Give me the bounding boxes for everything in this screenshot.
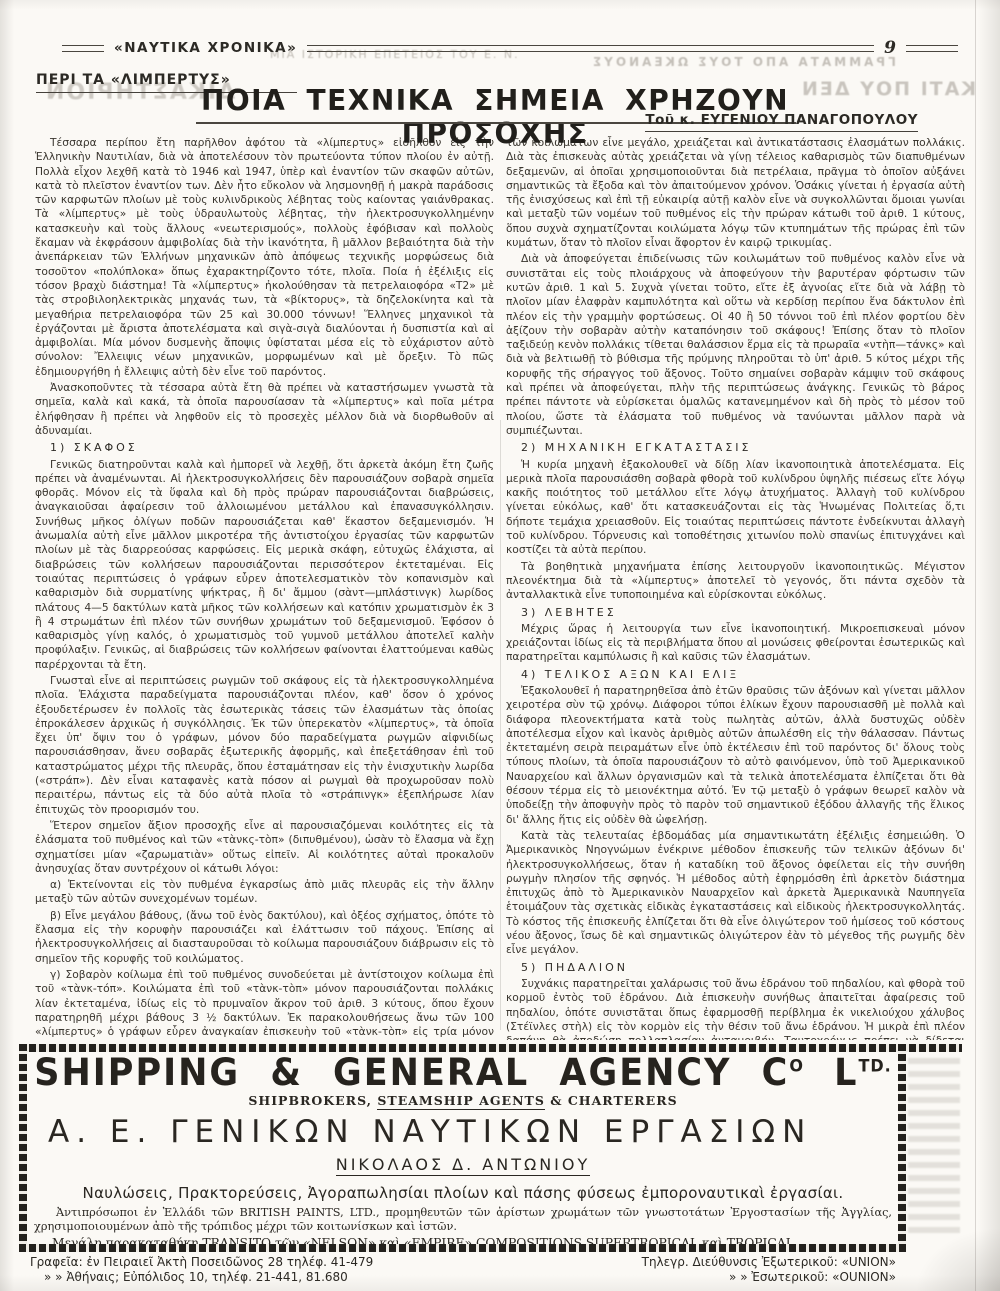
page-number: 9 [884, 38, 896, 58]
article-paragraph: Ἕτερον σημεῖον ἄξιον προσοχῆς εἶνε αἱ πα… [35, 819, 494, 876]
ad-border-top [19, 1044, 962, 1052]
header-rule-left [62, 45, 104, 52]
article-paragraph: Τέσσαρα περίπου ἔτη παρῆλθον ἀφότου τὰ «… [35, 136, 494, 379]
header-rule-middle [307, 45, 874, 52]
article-paragraph: Συχνάκις παρατηρεῖται χαλάρωσις τοῦ ἄνω … [506, 977, 965, 1040]
article-paragraph: Τὰ βοηθητικὰ μηχανήματα ἐπίσης λειτουργο… [506, 560, 965, 603]
ad-border-left [19, 1044, 27, 1252]
ad-border-right [898, 1044, 906, 1252]
article-paragraph: Γνωσταὶ εἶνε αἱ περιπτώσεις ρωγμῶν τοῦ σ… [35, 674, 494, 817]
ad-office-athens: » » Ἀθήναις; Εὐπόλιδος 10, τηλέφ. 21-441… [30, 1270, 373, 1285]
ad-tagline: SHIPBROKERS, STEAMSHIP AGENTS & CHARTERE… [30, 1093, 896, 1108]
right-column-text: τῶν κοιλωμάτων εἶνε μεγάλο, χρειάζεται κ… [506, 136, 965, 1040]
section-heading: 1) ΣΚΑΦΟΣ [35, 441, 494, 455]
ad-services-line: Ναυλώσεις, Πρακτορεύσεις, Ἀγοραπωλησίαι … [30, 1184, 896, 1202]
article-paragraph: Ἀνασκοποῦντες τὰ τέσσαρα αὐτὰ ἔτη θὰ πρέ… [35, 381, 494, 438]
ad-company-name-gr: Α. Ε. ΓΕΝΙΚΩΝ ΝΑΥΤΙΚΩΝ ΕΡΓΑΣΙΩΝ [30, 1117, 896, 1148]
article-paragraph: β) Εἶνε μεγάλου βάθους, (ἄνω τοῦ ἑνὸς δα… [35, 909, 494, 966]
right-column: τῶν κοιλωμάτων εἶνε μεγάλο, χρειάζεται κ… [506, 136, 965, 1040]
article-byline: Τοῦ κ. ΕΥΓΕΝΙΟΥ ΠΑΝΑΓΟΠΟΥΛΟΥ [645, 112, 918, 132]
ad-company-name-en: SHIPPING & GENERAL AGENCY CO LTD. [30, 1055, 896, 1093]
article-body: Τέσσαρα περίπου ἔτη παρῆλθον ἀφότου τὰ «… [35, 136, 965, 1040]
article-paragraph: α) Ἐκτείνονται εἰς τὸν πυθμένα ἐγκαρσίως… [35, 878, 494, 907]
article-paragraph: Κατὰ τὰς τελευταίας ἑβδομάδας μία σημαντ… [506, 829, 965, 958]
article-paragraph: Ἐξακολουθεῖ ἡ παρατηρηθεῖσα ἀπὸ ἐτῶν θρα… [506, 684, 965, 827]
ad-cable-foreign: Τηλεγρ. Διεύθυνσις Ἐξωτερικοῦ: «UNION» [642, 1255, 896, 1270]
section-heading: 3) ΛΕΒΗΤΕΣ [506, 606, 965, 620]
ad-agents-note: Ἀντιπρόσωποι ἐν Ἑλλάδι τῶν BRITISH PAINT… [34, 1206, 892, 1233]
scanned-page: «ΝΑΥΤΙΚΑ ΧΡΟΝΙΚΑ» 9 ΜΙΑ ΙΣΤΟΡΙΚΗ ΕΠΕΤΕΙΟ… [0, 0, 1000, 1291]
left-column: Τέσσαρα περίπου ἔτη παρῆλθον ἀφότου τὰ «… [35, 136, 494, 1040]
article-paragraph: Γενικῶς διατηροῦνται καλὰ καὶ ἠμπορεῖ νὰ… [35, 458, 494, 672]
section-heading: 5) ΠΗΔΑΛΙΟΝ [506, 961, 965, 975]
ad-border-bottom [19, 1244, 906, 1252]
section-heading: 2) ΜΗΧΑΝΙΚΗ ΕΓΚΑΤΑΣΤΑΣΙΣ [506, 441, 965, 455]
bleedthrough-texture [908, 1058, 960, 1238]
article-paragraph: Μέχρις ὥρας ἡ λειτουργία των εἶνε ἱκανοπ… [506, 622, 965, 665]
article-paragraph: Διὰ νὰ ἀποφεύγεται ἐπιδείνωσις τῶν κοιλω… [506, 252, 965, 438]
ad-cables: Τηλεγρ. Διεύθυνσις Ἐξωτερικοῦ: «UNION» »… [642, 1255, 896, 1285]
article-paragraph: γ) Σοβαρὸν κοίλωμα ἐπὶ τοῦ πυθμένος συνο… [35, 968, 494, 1040]
section-heading: 4) ΤΕΛΙΚΟΣ ΑΞΩΝ ΚΑΙ ΕΛΙΞ [506, 668, 965, 682]
ad-cable-domestic: » » Ἐσωτερικοῦ: «OUNION» [642, 1270, 896, 1285]
article-paragraph: τῶν κοιλωμάτων εἶνε μεγάλο, χρειάζεται κ… [506, 136, 965, 250]
page-edge [975, 0, 976, 1291]
ad-owner-name: ΝΙΚΟΛΑΟΣ Δ. ΑΝΤΩΝΙΟΥ [336, 1155, 591, 1176]
ad-offices: Γραφεῖα: ἐν Πειραιεῖ Ἀκτὴ Ποσειδῶνος 28 … [30, 1255, 373, 1285]
advertisement: SHIPPING & GENERAL AGENCY CO LTD. SHIPBR… [30, 1055, 896, 1241]
header-rule-right [906, 45, 958, 52]
article-paragraph: Ἡ κυρία μηχανὴ ἐξακολουθεῖ νὰ δίδῃ λίαν … [506, 458, 965, 558]
ad-office-piraeus: Γραφεῖα: ἐν Πειραιεῖ Ἀκτὴ Ποσειδῶνος 28 … [30, 1255, 373, 1270]
page-header: «ΝΑΥΤΙΚΑ ΧΡΟΝΙΚΑ» 9 [62, 38, 958, 58]
ad-footer: Γραφεῖα: ἐν Πειραιεῖ Ἀκτὴ Ποσειδῶνος 28 … [30, 1255, 896, 1285]
magazine-title: «ΝΑΥΤΙΚΑ ΧΡΟΝΙΚΑ» [114, 40, 297, 56]
